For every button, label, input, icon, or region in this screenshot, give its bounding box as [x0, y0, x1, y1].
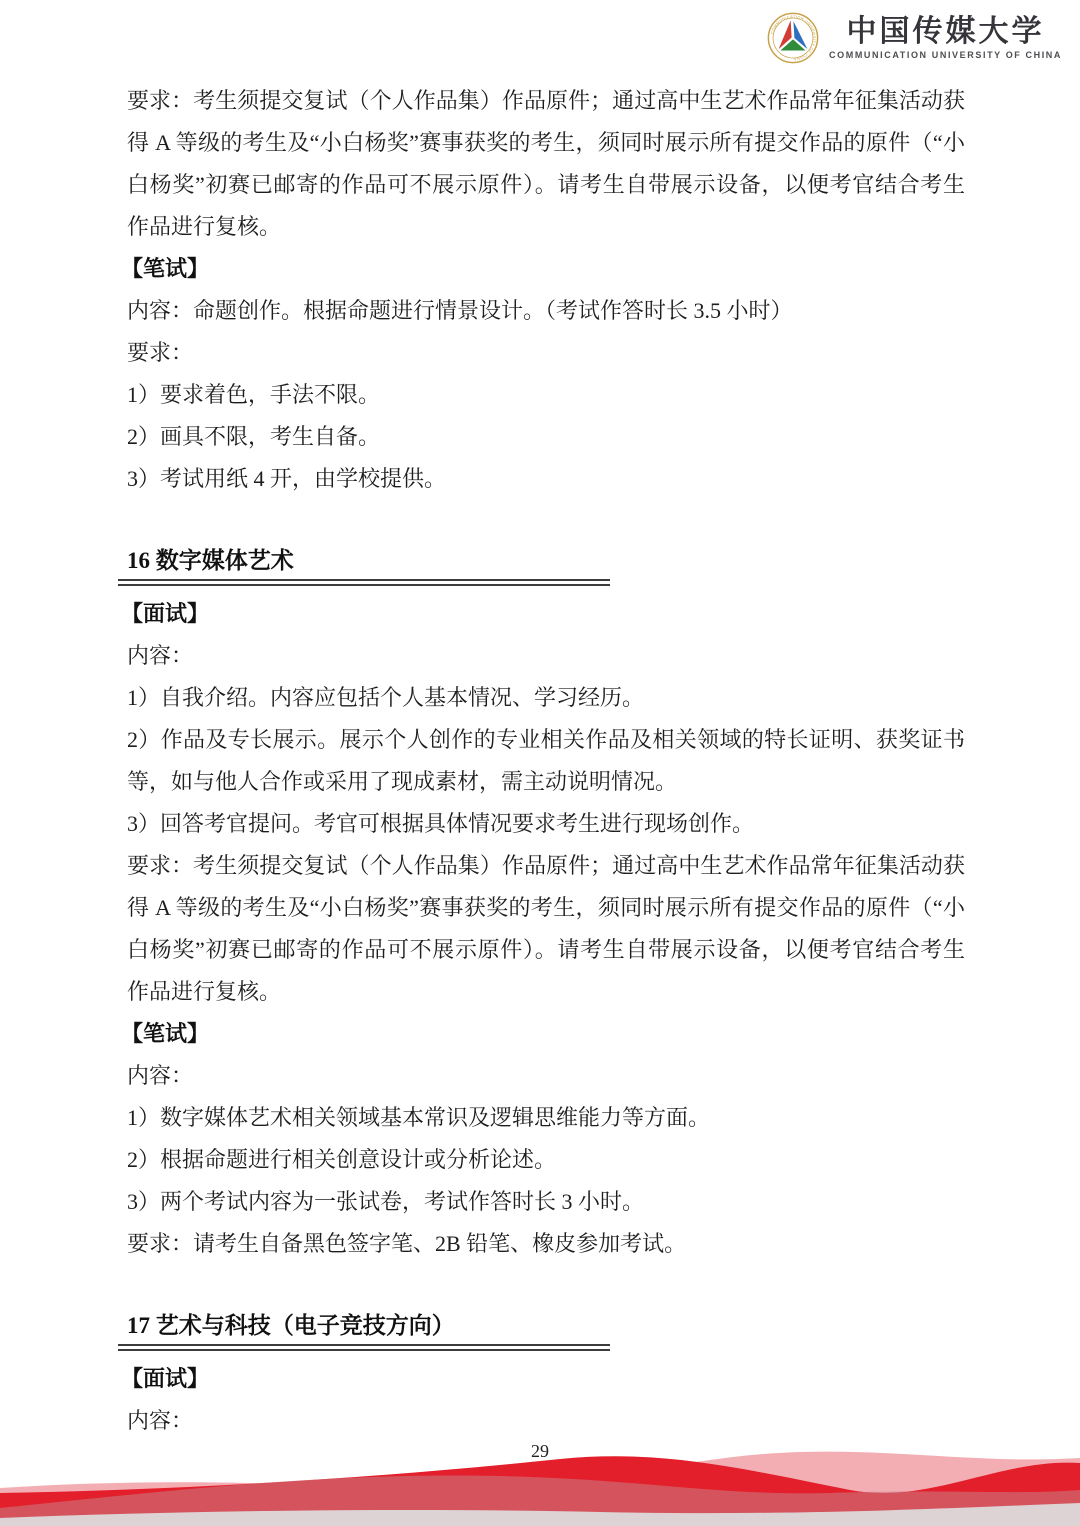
university-logo: COMMUNICATION UNIVERSITY OF CHINA 中国传媒大学… [767, 8, 1062, 68]
text-line: 白杨奖”初赛已邮寄的作品可不展示原件）。请考生自带展示设备，以便考官结合考生 [127, 929, 965, 971]
section-title: 17 艺术与科技（电子竞技方向） [118, 1310, 610, 1351]
text-line: 内容： [127, 1055, 965, 1097]
text-line: 内容：命题创作。根据命题进行情景设计。（考试作答时长 3.5 小时） [127, 290, 965, 332]
text-line: 内容： [127, 635, 965, 677]
text-line: 2）作品及专长展示。展示个人创作的专业相关作品及相关领域的特长证明、获奖证书 [127, 719, 965, 761]
text-line: 2）根据命题进行相关创意设计或分析论述。 [127, 1139, 965, 1181]
text-line: 得 A 等级的考生及“小白杨奖”赛事获奖的考生，须同时展示所有提交作品的原件（“… [127, 122, 965, 164]
text-line: 白杨奖”初赛已邮寄的作品可不展示原件）。请考生自带展示设备，以便考官结合考生 [127, 164, 965, 206]
text-line: 得 A 等级的考生及“小白杨奖”赛事获奖的考生，须同时展示所有提交作品的原件（“… [127, 887, 965, 929]
university-name-en: COMMUNICATION UNIVERSITY OF CHINA [829, 49, 1062, 61]
text-line: 要求：考生须提交复试（个人作品集）作品原件；通过高中生艺术作品常年征集活动获 [127, 80, 965, 122]
text-line: 1）数字媒体艺术相关领域基本常识及逻辑思维能力等方面。 [127, 1097, 965, 1139]
text-line: 内容： [127, 1400, 965, 1442]
document-page: { "logo": { "name_cn": "中国传媒大学", "name_e… [0, 0, 1080, 1526]
text-line: 作品进行复核。 [127, 206, 965, 248]
exam-part-heading: 【笔试】 [121, 1013, 959, 1055]
text-line: 等，如与他人合作或采用了现成素材，需主动说明情况。 [127, 761, 965, 803]
text-line: 3）回答考官提问。考官可根据具体情况要求考生进行现场创作。 [127, 803, 965, 845]
exam-part-heading: 【笔试】 [121, 248, 959, 290]
footer-wave-decoration [0, 1446, 1080, 1526]
university-emblem-icon: COMMUNICATION UNIVERSITY OF CHINA [767, 12, 819, 64]
text-line: 要求：考生须提交复试（个人作品集）作品原件；通过高中生艺术作品常年征集活动获 [127, 845, 965, 887]
document-body: 要求：考生须提交复试（个人作品集）作品原件；通过高中生艺术作品常年征集活动获得 … [0, 80, 1080, 1442]
text-line: 2）画具不限，考生自备。 [127, 416, 965, 458]
text-line: 3）两个考试内容为一张试卷，考试作答时长 3 小时。 [127, 1181, 965, 1223]
exam-part-heading: 【面试】 [121, 1358, 959, 1400]
text-line: 要求：请考生自备黑色签字笔、2B 铅笔、橡皮参加考试。 [127, 1223, 965, 1265]
text-line: 作品进行复核。 [127, 971, 965, 1013]
section-title: 16 数字媒体艺术 [118, 545, 610, 586]
exam-part-heading: 【面试】 [121, 593, 959, 635]
university-name-cn: 中国传媒大学 [847, 15, 1045, 49]
text-line: 1）自我介绍。内容应包括个人基本情况、学习经历。 [127, 677, 965, 719]
text-line: 要求： [127, 332, 965, 374]
text-line: 1）要求着色，手法不限。 [127, 374, 965, 416]
text-line: 3）考试用纸 4 开，由学校提供。 [127, 458, 965, 500]
